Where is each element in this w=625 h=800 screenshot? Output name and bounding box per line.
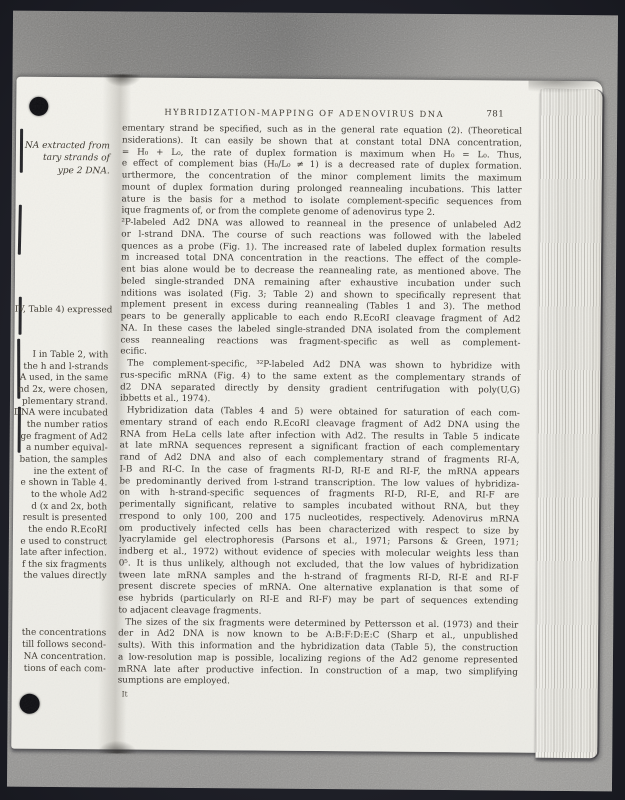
- text-line: to the whole Ad2: [13, 490, 107, 502]
- running-head: HYBRIDIZATION-MAPPING OF ADENOVIRUS DNA …: [122, 106, 522, 121]
- paragraph: The sizes of the six fragments were dete…: [118, 617, 519, 691]
- gutter-fold-bottom: [97, 740, 137, 753]
- page-body-text: ementary strand be specified, such as in…: [118, 123, 522, 690]
- text-line: nd 2x, were chosen,: [14, 385, 108, 397]
- text-line: e shown in Table 4.: [13, 478, 107, 490]
- text-line: d (x and 2x, both: [13, 501, 107, 513]
- text-line: till follows second-: [12, 639, 106, 652]
- text-line: plementary strand.: [14, 396, 108, 408]
- hole-punch-top: [29, 97, 48, 116]
- fore-edge-top-shadow: [528, 81, 606, 94]
- text-line: the number ratios: [14, 420, 108, 432]
- left-page-caption: NA extracted fromtary strands ofype 2 DN…: [16, 140, 110, 178]
- text-line: ype 2 DNA.: [16, 164, 110, 177]
- text-line: the concentrations: [12, 627, 106, 640]
- left-page-fragment: NA extracted fromtary strands ofype 2 DN…: [17, 77, 115, 78]
- page-number: 781: [486, 109, 504, 119]
- text-line: a number equival-: [14, 443, 108, 455]
- text-line: ine the extent of: [13, 466, 107, 478]
- left-page-footer: the concentrationstill follows second-NA…: [12, 627, 106, 676]
- hole-punch-bottom: [20, 694, 40, 714]
- open-book-page: NA extracted fromtary strands ofype 2 DN…: [11, 77, 602, 754]
- scan-photo-area: NA extracted fromtary strands ofype 2 DN…: [7, 11, 618, 792]
- printers-signature-mark: It: [122, 690, 128, 699]
- text-line: A used, in the same: [14, 373, 108, 385]
- text-line: ge fragment of Ad2: [14, 431, 108, 443]
- text-line: tary strands of: [16, 152, 110, 165]
- text-line: NA concentration.: [12, 651, 106, 664]
- scanned-book-photo: { "colors":{"mount_background":"#1e1f27"…: [0, 0, 625, 800]
- paragraph: ²P-labeled Ad2 DNA was allowed to reanne…: [120, 217, 521, 361]
- text-line: bation, the samples: [13, 455, 107, 467]
- paragraph: ementary strand be specified, such as in…: [121, 123, 522, 220]
- text-line: the values directly: [13, 571, 107, 583]
- text-line: tions of each com-: [12, 663, 106, 676]
- text-line: DNA were incubated: [14, 408, 108, 420]
- running-head-title: HYBRIDIZATION-MAPPING OF ADENOVIRUS DNA: [122, 106, 486, 119]
- text-line: e used to construct: [13, 536, 107, 548]
- right-page: HYBRIDIZATION-MAPPING OF ADENOVIRUS DNA …: [123, 77, 523, 80]
- text-line: f the six fragments: [13, 559, 107, 571]
- left-page-body: I in Table 2, withthe h and l-strandsA u…: [13, 350, 109, 584]
- gutter-fold-top: [102, 74, 142, 87]
- page-edge-mark: [18, 205, 22, 255]
- text-line: the h and l-strands: [14, 361, 108, 373]
- fore-edge-page-stack: [535, 89, 602, 758]
- text-line: NA extracted from: [16, 140, 110, 153]
- paragraph: The complement-specific, ³²P-labeled Ad2…: [120, 358, 520, 408]
- text-line: the endo R.EcoRI: [13, 524, 107, 536]
- left-page-isolated-line: IV, Table 4) expressed: [15, 304, 109, 317]
- text-line: IV, Table 4) expressed: [15, 304, 109, 317]
- text-line: I in Table 2, with: [14, 350, 108, 362]
- text-line: late after infection.: [13, 548, 107, 560]
- paragraph: Hybridization data (Tables 4 and 5) were…: [118, 405, 520, 620]
- text-line: result is presented: [13, 513, 107, 525]
